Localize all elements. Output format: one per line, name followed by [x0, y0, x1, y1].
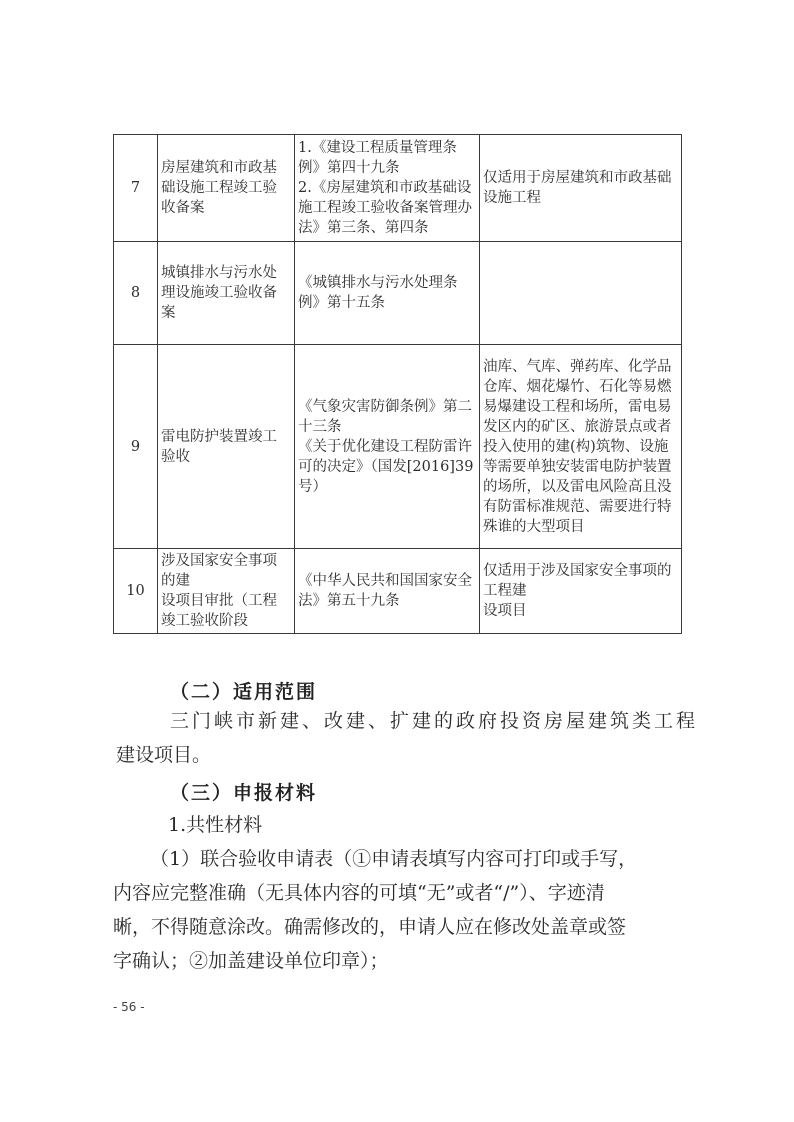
legal-basis-line: 1.《建设工程质量管理条例》第四十九条 [298, 138, 476, 178]
legal-basis-line: 《中华人民共和国国家安全 [298, 571, 476, 591]
item-name: 房屋建筑和市政基础设施工程竣工验收备案 [158, 135, 295, 242]
item-name-line: 设项目审批（工程竣工验收阶段 [161, 591, 291, 631]
table-row: 9 雷电防护装置竣工验收 《气象灾害防御条例》第二十三条 《关于优化建设工程防雷… [114, 345, 682, 549]
table-row: 10 涉及国家安全事项的建 设项目审批（工程竣工验收阶段 《中华人民共和国国家安… [114, 549, 682, 634]
legal-basis-line: 2.《房屋建筑和市政基础设施工程竣工验收备案管理办法》第三条、第四条 [298, 178, 476, 238]
applicability-note: 仅适用于房屋建筑和市政基础设施工程 [480, 135, 682, 242]
item-name: 涉及国家安全事项的建 设项目审批（工程竣工验收阶段 [158, 549, 295, 634]
page-number: - 56 - [113, 1000, 145, 1014]
note-line: 仅适用于涉及国家安全事项的工程建 [483, 561, 678, 601]
item1-text-line: 内容应完整准确（无具体内容的可填“无”或者“/”）、字迹清 [113, 876, 605, 910]
applicability-note [480, 242, 682, 345]
row-number: 9 [114, 345, 158, 549]
applicability-note: 仅适用于涉及国家安全事项的工程建 设项目 [480, 549, 682, 634]
scope-text-line: 建设项目。 [116, 738, 211, 772]
item1-text-line: （1）联合验收申请表（①申请表填写内容可打印或手写， [150, 842, 637, 876]
item1-text-line: 晰，不得随意涂改。确需修改的，申请人应在修改处盖章或签 [113, 910, 626, 944]
item-name-line: 涉及国家安全事项的建 [161, 551, 291, 591]
legal-basis-line: 《气象灾害防御条例》第二十三条 [298, 397, 476, 437]
legal-basis-line: 《城镇排水与污水处理条例》第十五条 [298, 273, 476, 313]
item-name: 雷电防护装置竣工验收 [158, 345, 295, 549]
legal-basis: 《中华人民共和国国家安全 法》第五十九条 [295, 549, 480, 634]
legal-basis-line: 法》第五十九条 [298, 591, 476, 611]
legal-basis-line: 《关于优化建设工程防雷许可的决定》（国发[2016]39号） [298, 437, 476, 497]
table-row: 8 城镇排水与污水处理设施竣工验收备案 《城镇排水与污水处理条例》第十五条 [114, 242, 682, 345]
row-number: 8 [114, 242, 158, 345]
legal-basis: 《气象灾害防御条例》第二十三条 《关于优化建设工程防雷许可的决定》（国发[201… [295, 345, 480, 549]
item1-text-line: 字确认；②加盖建设单位印章）； [113, 944, 389, 978]
document-page: 7 房屋建筑和市政基础设施工程竣工验收备案 1.《建设工程质量管理条例》第四十九… [0, 0, 794, 1122]
legal-basis: 1.《建设工程质量管理条例》第四十九条 2.《房屋建筑和市政基础设施工程竣工验收… [295, 135, 480, 242]
approval-items-table: 7 房屋建筑和市政基础设施工程竣工验收备案 1.《建设工程质量管理条例》第四十九… [113, 134, 682, 634]
scope-heading: （二）适用范围 [170, 677, 317, 704]
row-number: 7 [114, 135, 158, 242]
note-line: 设项目 [483, 601, 678, 621]
table-row: 7 房屋建筑和市政基础设施工程竣工验收备案 1.《建设工程质量管理条例》第四十九… [114, 135, 682, 242]
scope-text-line: 三门峡市新建、改建、扩建的政府投资房屋建筑类工程 [170, 704, 698, 738]
common-materials-heading: 1.共性材料 [168, 808, 262, 842]
applicability-note: 油库、气库、弹药库、化学品仓库、烟花爆竹、石化等易燃易爆建设工程和场所，雷电易发… [480, 345, 682, 549]
legal-basis: 《城镇排水与污水处理条例》第十五条 [295, 242, 480, 345]
materials-heading: （三）申报材料 [170, 778, 317, 805]
row-number: 10 [114, 549, 158, 634]
item-name: 城镇排水与污水处理设施竣工验收备案 [158, 242, 295, 345]
